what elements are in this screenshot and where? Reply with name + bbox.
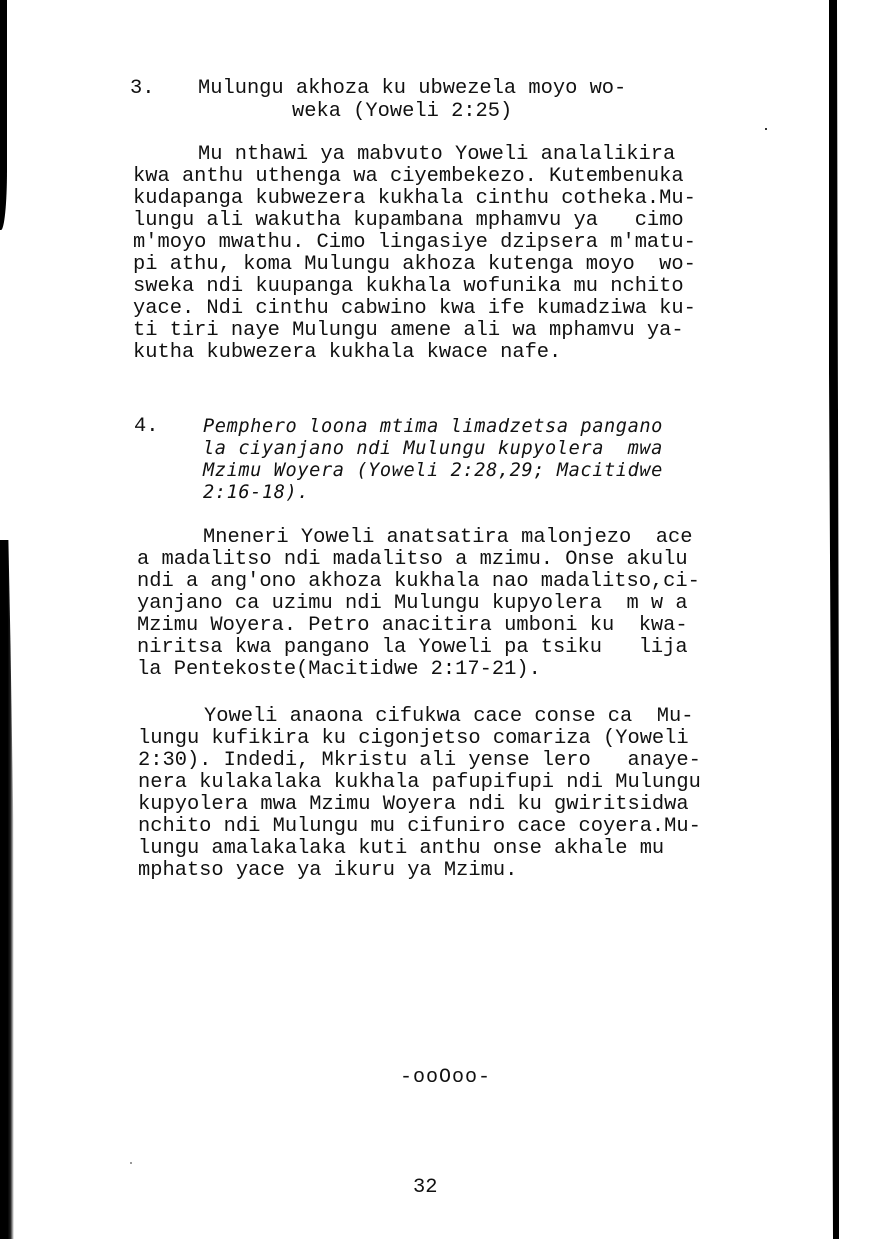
paragraph-line: 2:30). Indedi, Mkristu ali yense lero an…	[138, 750, 701, 772]
scanned-page: 3. Mulungu akhoza ku ubwezela moyo wo- w…	[0, 0, 872, 1239]
page-number: 32	[413, 1176, 437, 1199]
paragraph-line: sweka ndi kuupanga kukhala wofunika mu n…	[133, 276, 684, 298]
paragraph-line: lungu kufikira ku cigonjetso comariza (Y…	[138, 728, 689, 750]
section-3-heading-line-1: Mulungu akhoza ku ubwezela moyo wo-	[198, 78, 626, 100]
paragraph-line: kudapanga kubwezera kukhala cinthu cothe…	[133, 188, 696, 210]
section-4-heading-line-3: Mzimu Woyera (Yoweli 2:28,29; Macitidwe	[203, 460, 663, 482]
paragraph-line: Yoweli anaona cifukwa cace conse ca Mu-	[204, 706, 693, 728]
section-4-heading-line-2: la ciyanjano ndi Mulungu kupyolera mwa	[203, 438, 663, 460]
scan-edge-left-top	[0, 0, 7, 230]
scan-speck	[765, 128, 767, 130]
paragraph-line: kwa anthu uthenga wa ciyembekezo. Kutemb…	[133, 166, 684, 188]
section-4-heading-line-1: Pemphero loona mtima limadzetsa pangano	[203, 416, 663, 438]
paragraph-line: lungu ali wakutha kupambana mphamvu ya c…	[133, 210, 684, 232]
scan-edge-left-bottom	[0, 540, 14, 1239]
paragraph-line: yace. Ndi cinthu cabwino kwa ife kumadzi…	[133, 298, 696, 320]
paragraph-line: Mu nthawi ya mabvuto Yoweli analalikira	[198, 144, 675, 166]
section-divider-ornament: -ooOoo-	[400, 1066, 491, 1089]
paragraph-line: m'moyo mwathu. Cimo lingasiye dzipsera m…	[133, 232, 696, 254]
paragraph-line: a madalitso ndi madalitso a mzimu. Onse …	[137, 549, 688, 571]
paragraph-line: kutha kubwezera kukhala kwace nafe.	[133, 342, 561, 364]
scan-speck	[130, 1162, 132, 1164]
paragraph-line: ndi a ang'ono akhoza kukhala nao madalit…	[137, 571, 700, 593]
section-3-heading-line-2: weka (Yoweli 2:25)	[292, 101, 512, 123]
section-4-heading-line-4: 2:16-18).	[203, 482, 309, 504]
paragraph-line: nera kulakalaka kukhala pafupifupi ndi M…	[138, 772, 701, 794]
paragraph-line: nchito ndi Mulungu mu cifuniro cace coye…	[138, 816, 701, 838]
paragraph-line: yanjano ca uzimu ndi Mulungu kupyolera m…	[137, 593, 688, 615]
paragraph-line: ti tiri naye Mulungu amene ali wa mphamv…	[133, 320, 684, 342]
paragraph-line: mphatso yace ya ikuru ya Mzimu.	[138, 860, 517, 882]
paragraph-line: kupyolera mwa Mzimu Woyera ndi ku gwirit…	[138, 794, 689, 816]
paragraph-line: Mneneri Yoweli anatsatira malonjezo ace	[203, 527, 692, 549]
paragraph-line: niritsa kwa pangano la Yoweli pa tsiku l…	[137, 637, 688, 659]
section-3-number: 3.	[130, 78, 154, 100]
paragraph-line: lungu amalakalaka kuti anthu onse akhale…	[138, 838, 664, 860]
paragraph-line: la Pentekoste(Macitidwe 2:17-21).	[137, 659, 541, 681]
section-4-number: 4.	[134, 416, 158, 438]
scan-edge-right	[829, 0, 839, 1239]
paragraph-line: pi athu, koma Mulungu akhoza kutenga moy…	[133, 254, 696, 276]
paragraph-line: Mzimu Woyera. Petro anacitira umboni ku …	[137, 615, 688, 637]
